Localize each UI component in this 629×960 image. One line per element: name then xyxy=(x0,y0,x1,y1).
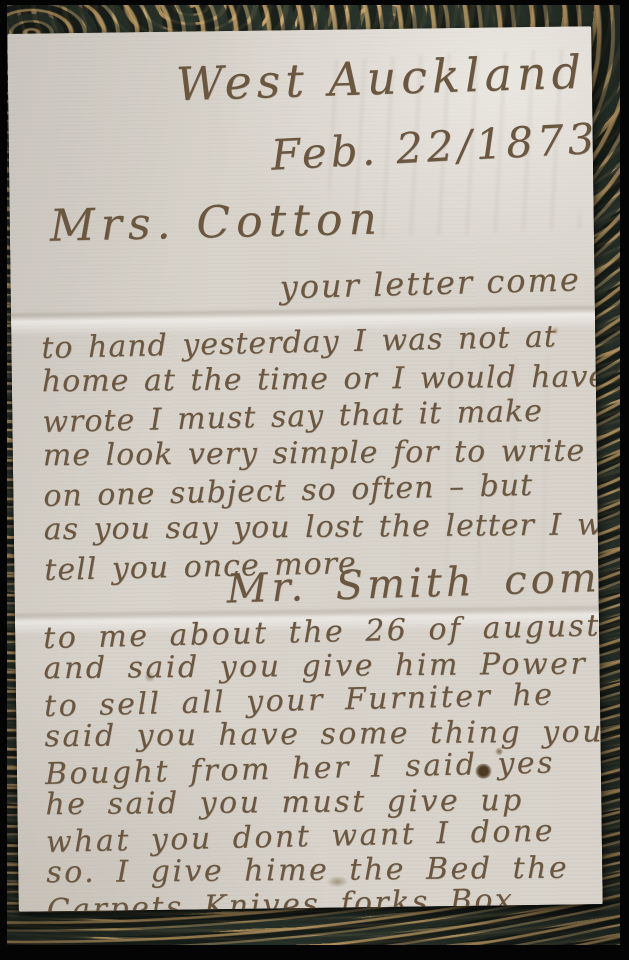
letter-paper: West Auckland Feb. 22/1873 Mrs. Cotton y… xyxy=(7,26,602,912)
ink-stain xyxy=(495,747,504,755)
paragraph1-lines: to hand yesterday I was not athome at th… xyxy=(41,320,586,586)
paragraph1-opening: your letter come xyxy=(279,260,581,306)
ink-stain xyxy=(551,327,559,335)
photo-frame: West Auckland Feb. 22/1873 Mrs. Cotton y… xyxy=(0,0,629,960)
paragraph2-lines: to me about the 26 of augustand said you… xyxy=(43,612,595,912)
letter-salutation: Mrs. Cotton xyxy=(49,194,383,252)
